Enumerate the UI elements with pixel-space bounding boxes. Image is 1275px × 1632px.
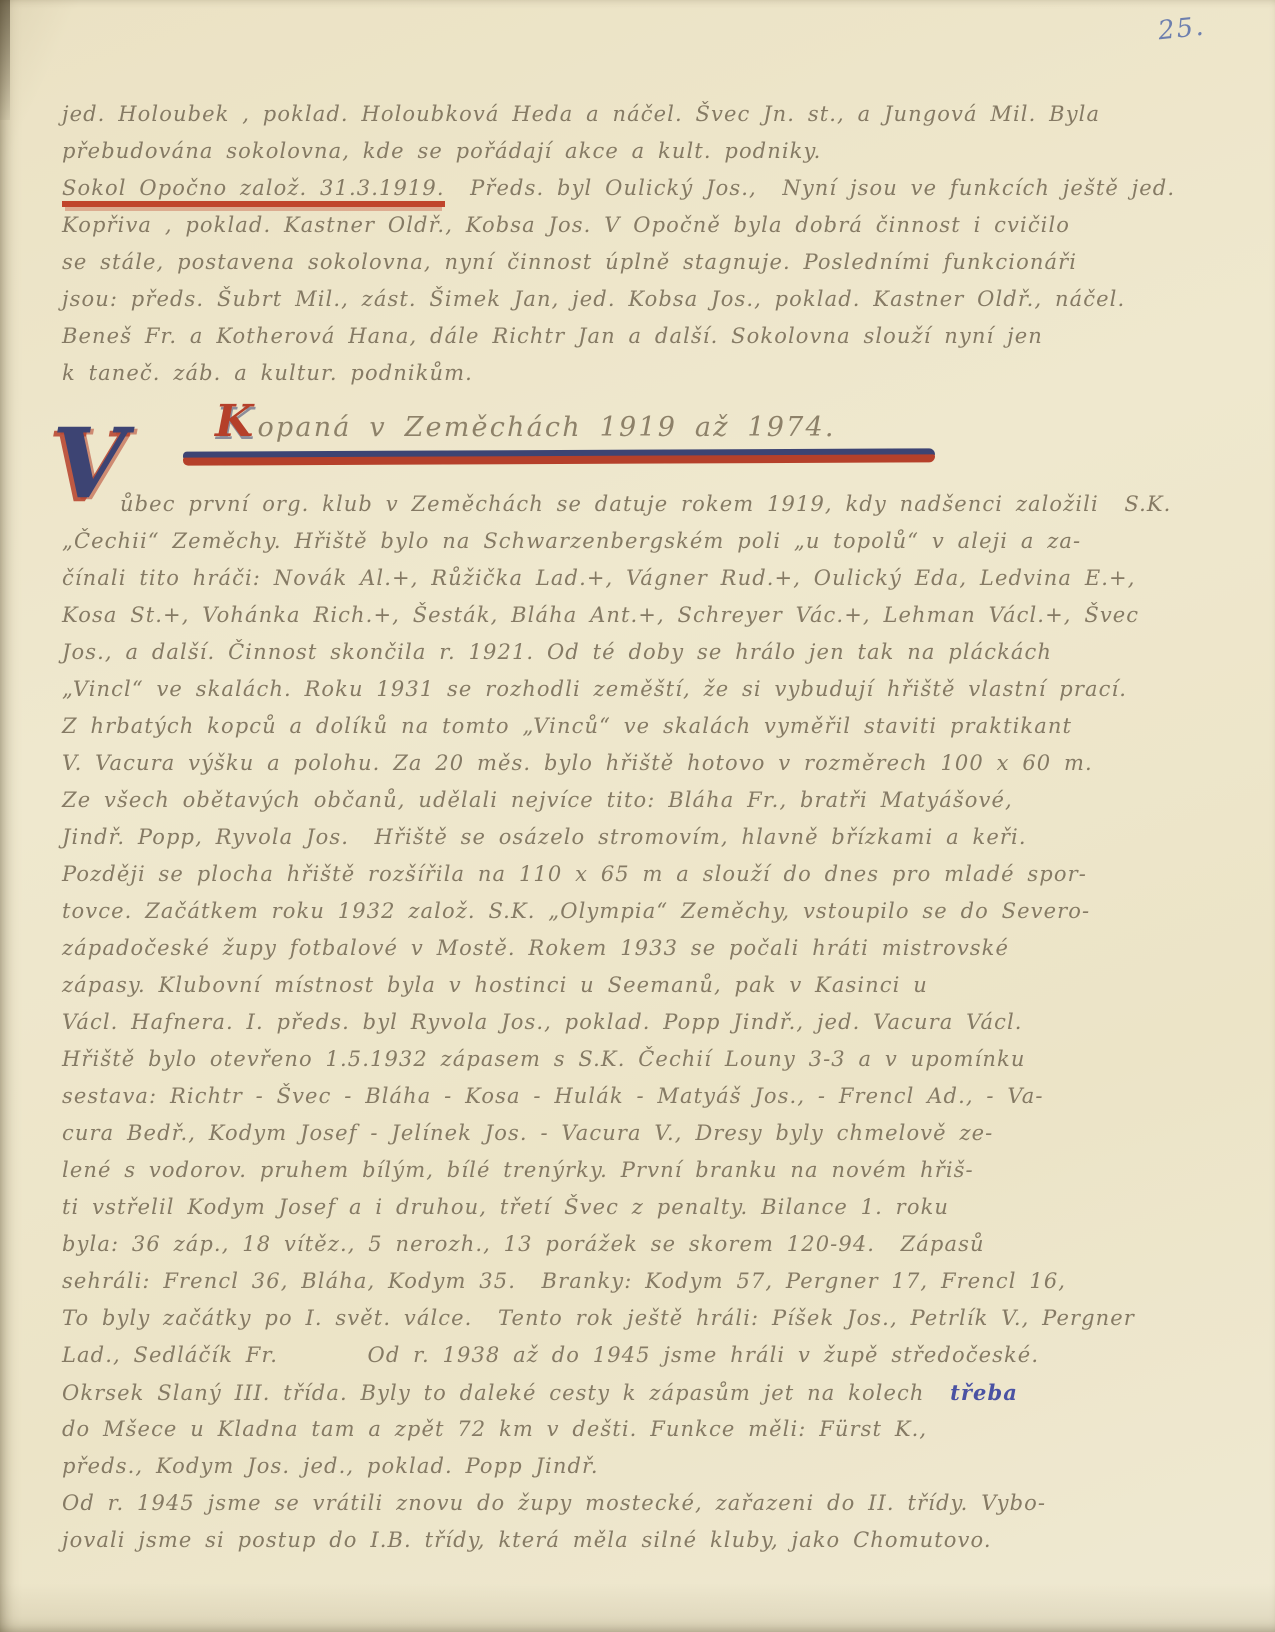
body-line: Václ. Hafnera. I. předs. byl Ryvola Jos.… bbox=[62, 1004, 1245, 1041]
sokol-underlined-text: Sokol Opočno založ. 31.3.1919. bbox=[62, 176, 445, 207]
body-line: Jindř. Popp, Ryvola Jos. Hřiště se osáze… bbox=[62, 819, 1245, 856]
body-line: zápasy. Klubovní místnost byla v hostinc… bbox=[62, 967, 1245, 1004]
body-line: Jos., a další. Činnost skončila r. 1921.… bbox=[62, 634, 1245, 671]
body-line: „Čechii“ Zeměchy. Hřiště bylo na Schwarz… bbox=[62, 523, 1245, 560]
section-heading-text-row: Kopaná v Zeměchách 1919 až 1974. bbox=[215, 402, 995, 448]
sokol-paragraph-line: jsou: předs. Šubrt Mil., zást. Šimek Jan… bbox=[62, 281, 1235, 318]
sokol-line-rest: Předs. byl Oulický Jos., Nyní jsou ve fu… bbox=[445, 176, 1176, 200]
body-line: do Mšece u Kladna tam a zpět 72 km v deš… bbox=[62, 1411, 1245, 1448]
closing-line: Od r. 1945 jsme se vrátili znovu do župy… bbox=[62, 1485, 1245, 1522]
heading-initial-letter: K bbox=[215, 396, 255, 447]
blue-ink-word: třeba bbox=[950, 1380, 1018, 1405]
body-line-text: Okrsek Slaný III. třída. Byly to daleké … bbox=[62, 1381, 950, 1405]
body-line: To byly začátky po I. svět. válce. Tento… bbox=[62, 1300, 1245, 1337]
body-line: V. Vacura výšku a polohu. Za 20 měs. byl… bbox=[62, 745, 1245, 782]
body-line: Z hrbatých kopců a dolíků na tomto „Vinc… bbox=[62, 708, 1245, 745]
body-line: ůbec první org. klub v Zeměchách se datu… bbox=[120, 486, 1245, 523]
page-number: 25. bbox=[1156, 12, 1206, 47]
body-line: tovce. Začátkem roku 1932 založ. S.K. „O… bbox=[62, 893, 1245, 930]
closing-line: jovali jsme si postup do I.B. třídy, kte… bbox=[62, 1522, 1245, 1559]
body-line-with-blue-word: Okrsek Slaný III. třída. Byly to daleké … bbox=[62, 1374, 1245, 1411]
top-paragraphs: jed. Holoubek , poklad. Holoubková Heda … bbox=[0, 0, 1275, 392]
scan-edge-shadow bbox=[0, 0, 10, 120]
body-line: lené s vodorov. pruhem bílým, bílé trený… bbox=[62, 1152, 1245, 1189]
sokol-paragraph-line: Sokol Opočno založ. 31.3.1919. Předs. by… bbox=[62, 170, 1235, 207]
sokol-paragraph-line: k taneč. záb. a kultur. podnikům. bbox=[62, 355, 1235, 392]
heading-title-text: opaná v Zeměchách 1919 až 1974. bbox=[257, 412, 835, 443]
body-line: Později se plocha hřiště rozšířila na 11… bbox=[62, 856, 1245, 893]
body-line: Ze všech obětavých občanů, udělali nejví… bbox=[62, 782, 1245, 819]
body-line: Kosa St.+, Vohánka Rich.+, Šesták, Bláha… bbox=[62, 597, 1245, 634]
body-line: sestava: Richtr - Švec - Bláha - Kosa - … bbox=[62, 1078, 1245, 1115]
body-line: ti vstřelil Kodym Josef a i druhou, třet… bbox=[62, 1189, 1245, 1226]
sokol-paragraph-line: Beneš Fr. a Kotherová Hana, dále Richtr … bbox=[62, 318, 1235, 355]
body-line: předs., Kodym Jos. jed., poklad. Popp Ji… bbox=[62, 1448, 1245, 1485]
intro-line: přebudována sokolovna, kde se pořádají a… bbox=[62, 133, 1235, 170]
section-heading: Kopaná v Zeměchách 1919 až 1974. bbox=[215, 402, 995, 464]
body-line: sehráli: Frencl 36, Bláha, Kodym 35. Bra… bbox=[62, 1263, 1245, 1300]
intro-line: jed. Holoubek , poklad. Holoubková Heda … bbox=[62, 96, 1235, 133]
scanned-chronicle-page: 25. jed. Holoubek , poklad. Holoubková H… bbox=[0, 0, 1275, 1632]
body-line: cura Bedř., Kodym Josef - Jelínek Jos. -… bbox=[62, 1115, 1245, 1152]
sokol-paragraph-line: Kopřiva , poklad. Kastner Oldř., Kobsa J… bbox=[62, 207, 1235, 244]
body-line: čínali tito hráči: Novák Al.+, Růžička L… bbox=[62, 560, 1245, 597]
body-line: Hřiště bylo otevřeno 1.5.1932 zápasem s … bbox=[62, 1041, 1245, 1078]
body-line: „Vincl“ ve skalách. Roku 1931 se rozhodl… bbox=[62, 671, 1245, 708]
body-line: byla: 36 záp., 18 vítěz., 5 nerozh., 13 … bbox=[62, 1226, 1245, 1263]
sokol-paragraph-line: se stále, postavena sokolovna, nyní činn… bbox=[62, 244, 1235, 281]
main-paragraph: V ůbec první org. klub v Zeměchách se da… bbox=[0, 464, 1275, 1485]
closing-paragraph: Od r. 1945 jsme se vrátili znovu do župy… bbox=[0, 1485, 1275, 1559]
body-line: západočeské župy fotbalové v Mostě. Roke… bbox=[62, 930, 1245, 967]
drop-cap-initial: V bbox=[52, 416, 126, 512]
body-line: Lad., Sedláčík Fr. Od r. 1938 až do 1945… bbox=[62, 1337, 1245, 1374]
